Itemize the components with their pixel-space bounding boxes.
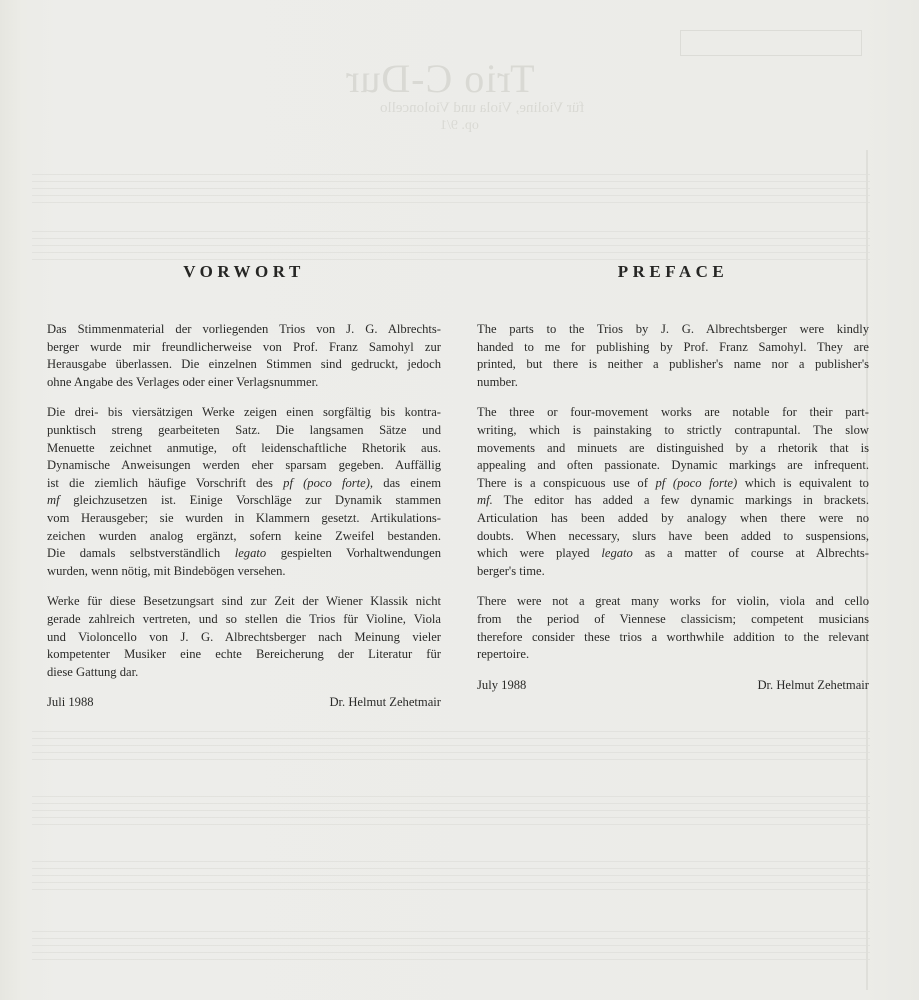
text-line: punktisch streng gearbeiteten Satz. Die … — [47, 422, 441, 440]
text-line: Articulation has been added by analogy w… — [477, 510, 869, 528]
text-line: gerade zahlreich vertreten, und so stell… — [47, 611, 441, 629]
preface-column: PREFACE The parts to the Trios by J. G. … — [477, 262, 869, 694]
vorwort-signature: Juli 1988 Dr. Helmut Zehetmair — [47, 694, 441, 712]
show-through-staff — [32, 168, 870, 206]
text-line: doubts. When necessary, slurs have been … — [477, 528, 869, 546]
vorwort-heading: VORWORT — [47, 262, 441, 282]
show-through-staff — [32, 225, 870, 263]
text-line: ist die ziemlich häufige Vorschrift des … — [47, 475, 441, 493]
vorwort-author: Dr. Helmut Zehetmair — [329, 694, 441, 712]
text-line: number. — [477, 374, 869, 392]
preface-heading: PREFACE — [477, 262, 869, 282]
text-line: handed to me for publishing by Prof. Fra… — [477, 339, 869, 357]
show-through-staff — [32, 925, 870, 963]
text-line: Das Stimmenmaterial der vorliegenden Tri… — [47, 321, 441, 339]
text-line: repertoire. — [477, 646, 869, 664]
preface-paragraph-1: The parts to the Trios by J. G. Albrecht… — [477, 321, 869, 391]
vorwort-date: Juli 1988 — [47, 694, 94, 712]
preface-paragraph-2: The three or four-movement works are not… — [477, 404, 869, 580]
vorwort-paragraph-2: Die drei- bis viersätzigen Werke zeigen … — [47, 404, 441, 580]
preface-date: July 1988 — [477, 677, 526, 695]
vorwort-paragraph-3: Werke für diese Besetzungsart sind zur Z… — [47, 593, 441, 681]
legato-term: legato — [601, 546, 632, 560]
text-line: There were not a great many works for vi… — [477, 593, 869, 611]
text-line: mf. The editor has added a few dynamic m… — [477, 492, 869, 510]
text-line: Menuette zeichnet anmutige, oft leidensc… — [47, 440, 441, 458]
text-line: ohne Angabe des Verlages oder einer Verl… — [47, 374, 441, 392]
text-line: therefore consider these trios a worthwh… — [477, 629, 869, 647]
text-line: Die damals selbstverständlich legato ges… — [47, 545, 441, 563]
text-line: Werke für diese Besetzungsart sind zur Z… — [47, 593, 441, 611]
preface-author: Dr. Helmut Zehetmair — [757, 677, 869, 695]
text-line: wurden, wenn nötig, mit Bindebögen verse… — [47, 563, 441, 581]
text-line: printed, but there is neither a publishe… — [477, 356, 869, 374]
show-through-title: Trio C-Dur — [345, 55, 535, 102]
dynamic-marking: pf (poco forte), — [283, 476, 373, 490]
show-through-opus: op. 9/1 — [440, 118, 479, 134]
dynamic-marking: mf — [47, 493, 60, 507]
text-line: Die drei- bis viersätzigen Werke zeigen … — [47, 404, 441, 422]
vorwort-paragraph-1: Das Stimmenmaterial der vorliegenden Tri… — [47, 321, 441, 391]
text-line: The parts to the Trios by J. G. Albrecht… — [477, 321, 869, 339]
text-line: movements and minuets are distinguished … — [477, 440, 869, 458]
text-line: und Violoncello von J. G. Albrechtsberge… — [47, 629, 441, 647]
text-line: writing, which is painstaking to strictl… — [477, 422, 869, 440]
vorwort-column: VORWORT Das Stimmenmaterial der vorliege… — [47, 262, 441, 712]
text-line: The three or four-movement works are not… — [477, 404, 869, 422]
preface-paragraph-3: There were not a great many works for vi… — [477, 593, 869, 663]
scanned-page: Trio C-Dur für Violine, Viola und Violon… — [0, 0, 919, 1000]
show-through-subtitle: für Violine, Viola und Violoncello — [380, 100, 584, 117]
text-line: Dynamische Anweisungen werden eher spars… — [47, 457, 441, 475]
dynamic-marking: mf. — [477, 493, 493, 507]
show-through-staff — [32, 725, 870, 763]
text-line: from the period of Viennese classicism; … — [477, 611, 869, 629]
text-line: vom Herausgeber; sie wurden in Klammern … — [47, 510, 441, 528]
text-line: berger's time. — [477, 563, 869, 581]
text-line: appealing and often passionate. Dynamic … — [477, 457, 869, 475]
text-line: Herausgabe überlassen. Die einzelnen Sti… — [47, 356, 441, 374]
show-through-staff — [32, 790, 870, 828]
text-line: mf gleichzusetzen ist. Einige Vorschläge… — [47, 492, 441, 510]
dynamic-marking: pf (poco forte) — [656, 476, 738, 490]
legato-term: legato — [235, 546, 266, 560]
text-line: berger wurde mir freundlicherweise von P… — [47, 339, 441, 357]
show-through-staff — [32, 855, 870, 893]
text-line: zeichen wurden analog ergänzt, sofern ke… — [47, 528, 441, 546]
show-through-label-box — [680, 30, 862, 56]
text-line: kompetenter Musiker eine echte Bereicher… — [47, 646, 441, 664]
text-line: There is a conspicuous use of pf (poco f… — [477, 475, 869, 493]
preface-signature: July 1988 Dr. Helmut Zehetmair — [477, 677, 869, 695]
text-line: which were played legato as a matter of … — [477, 545, 869, 563]
text-line: diese Gattung dar. — [47, 664, 441, 682]
